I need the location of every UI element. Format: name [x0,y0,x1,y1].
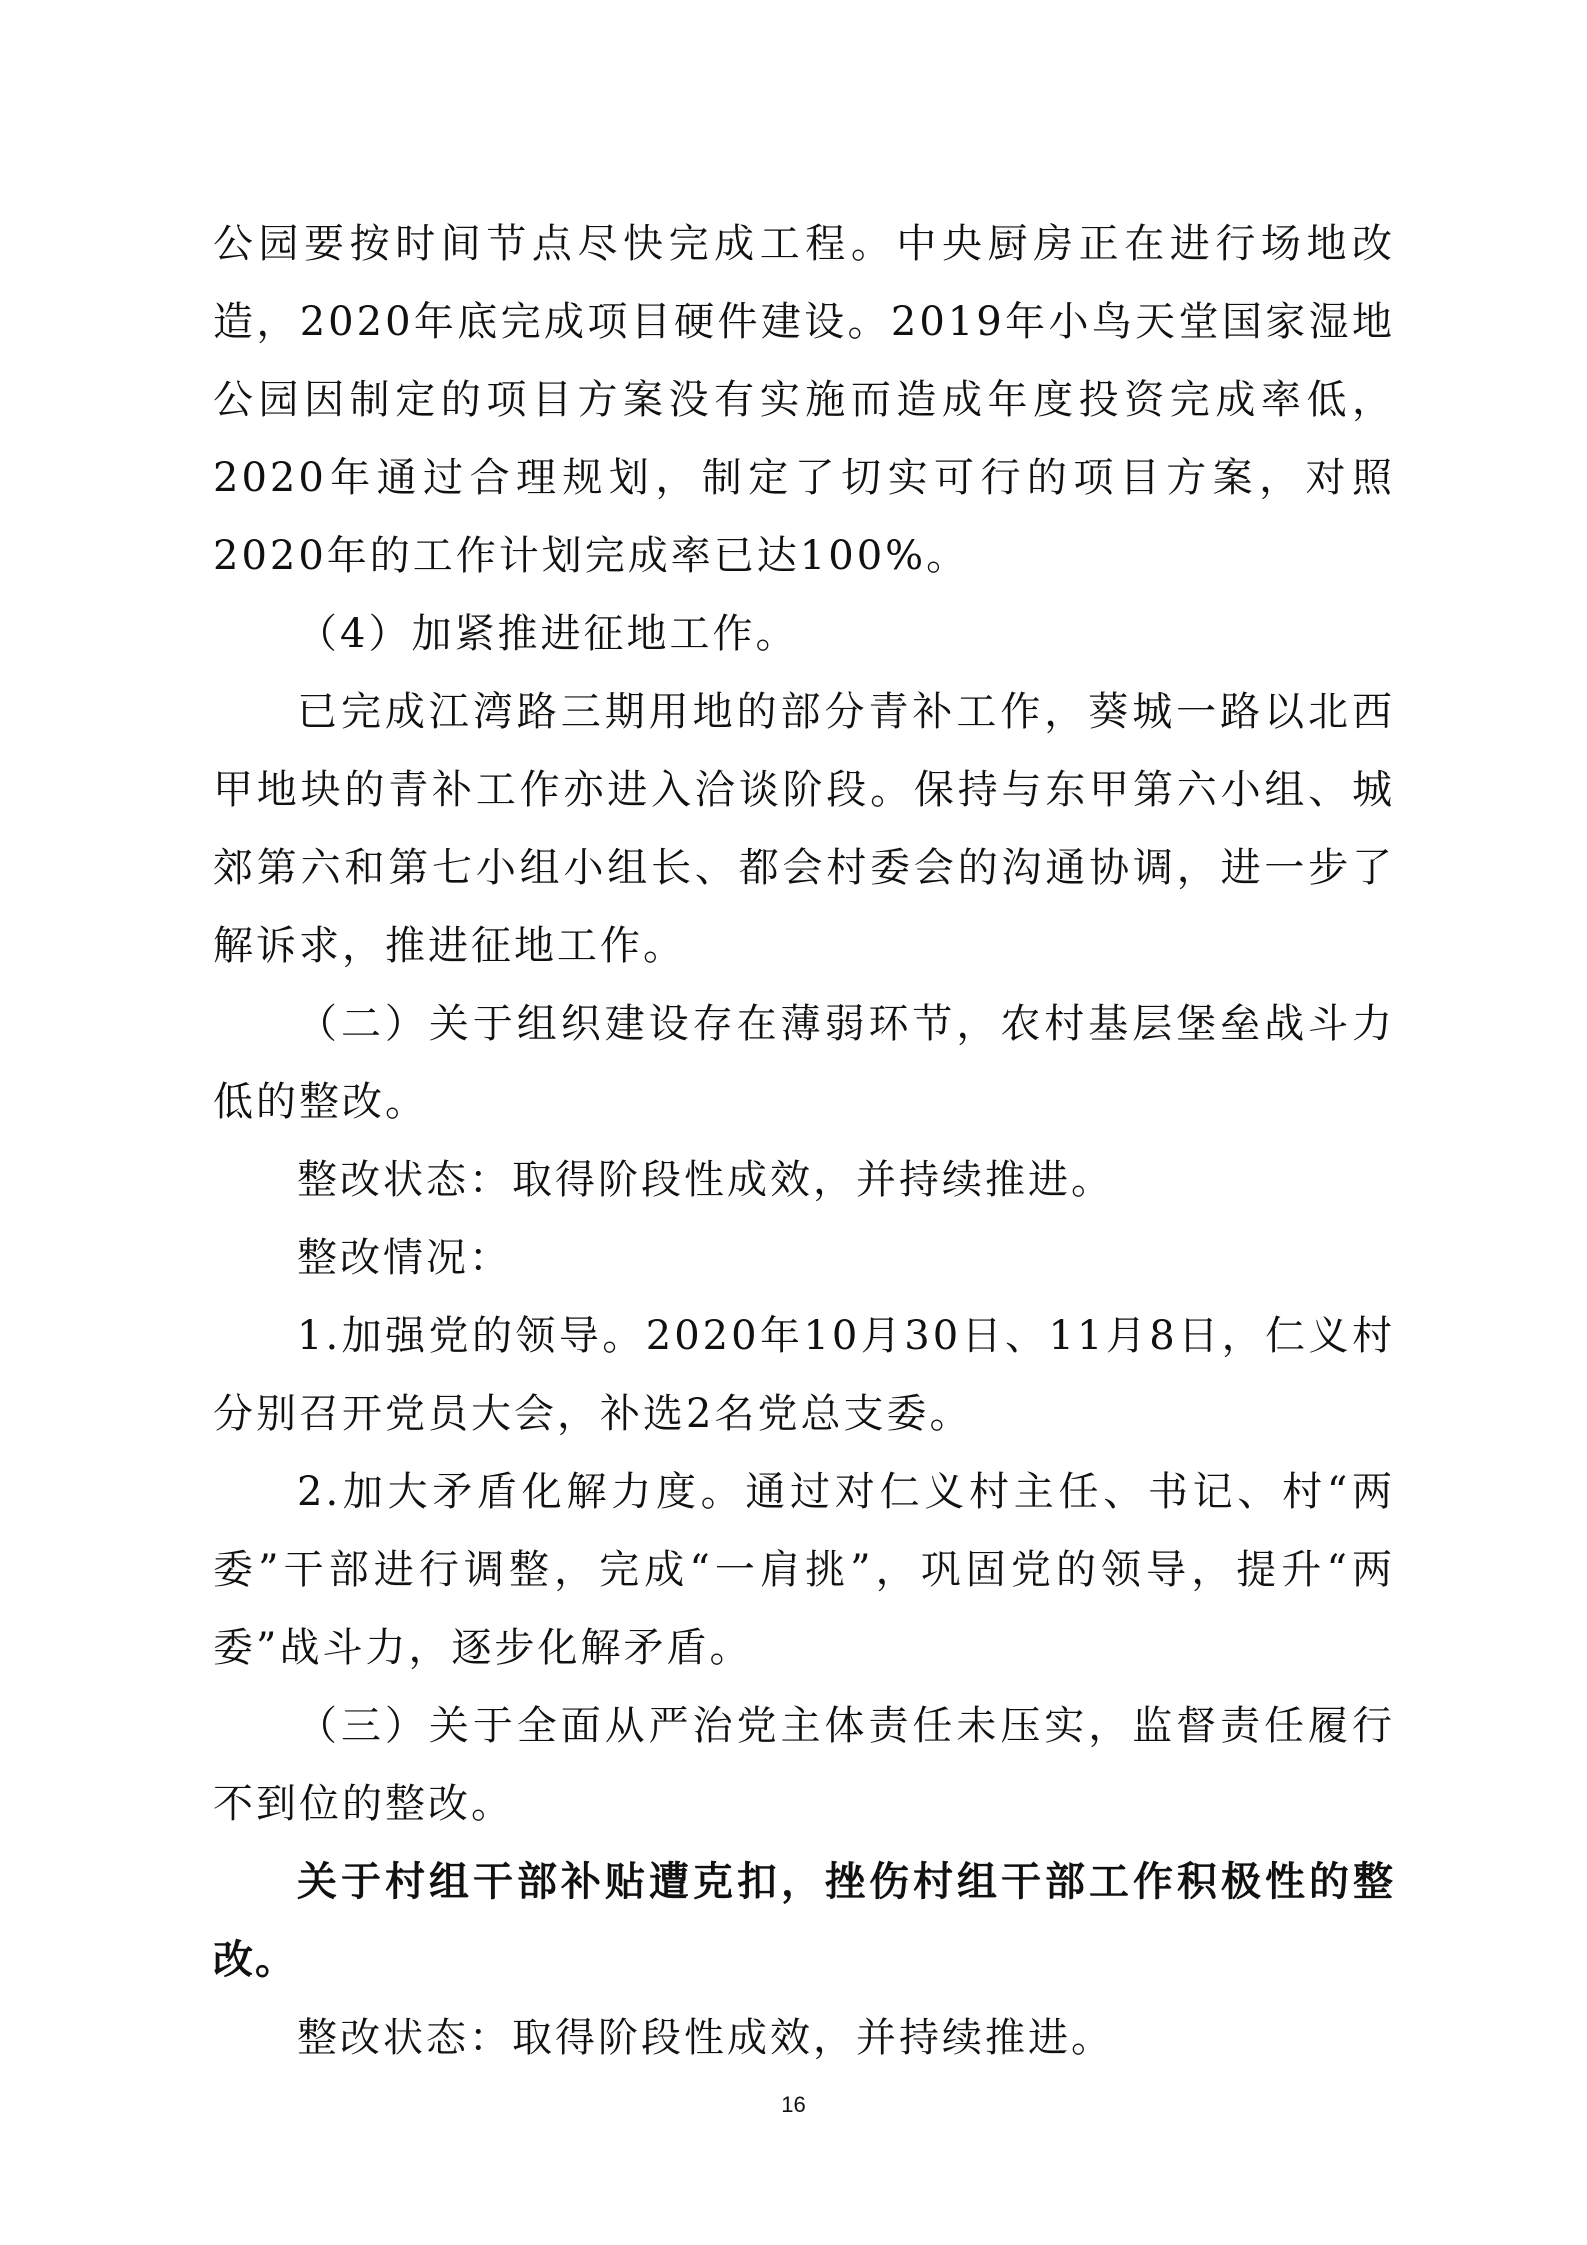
subheading-cadre-subsidy: 关于村组干部补贴遭克扣，挫伤村组干部工作积极性的整改。 [213,1843,1395,1999]
heading-land-acquisition: （4）加紧推进征地工作。 [213,595,1395,673]
paragraph-land-acquisition: 已完成江湾路三期用地的部分青补工作，葵城一路以北西甲地块的青补工作亦进入洽谈阶段… [213,673,1395,985]
heading-section-three: （三）关于全面从严治党主体责任未压实，监督责任履行不到位的整改。 [213,1687,1395,1843]
rectification-situation-label: 整改情况： [213,1219,1395,1297]
paragraph-project-progress: 公园要按时间节点尽快完成工程。中央厨房正在进行场地改造，2020年底完成项目硬件… [213,205,1395,595]
rectification-status: 整改状态：取得阶段性成效，并持续推进。 [213,1141,1395,1219]
heading-section-two: （二）关于组织建设存在薄弱环节，农村基层堡垒战斗力低的整改。 [213,985,1395,1141]
item-conflict-resolution: 2.加大矛盾化解力度。通过对仁义村主任、书记、村“两委”干部进行调整，完成“一肩… [213,1453,1395,1687]
rectification-status-2: 整改状态：取得阶段性成效，并持续推进。 [213,1999,1395,2077]
page-number: 16 [0,2092,1587,2118]
document-page: 公园要按时间节点尽快完成工程。中央厨房正在进行场地改造，2020年底完成项目硬件… [213,205,1395,2077]
item-party-leadership: 1.加强党的领导。2020年10月30日、11月8日，仁义村分别召开党员大会，补… [213,1297,1395,1453]
